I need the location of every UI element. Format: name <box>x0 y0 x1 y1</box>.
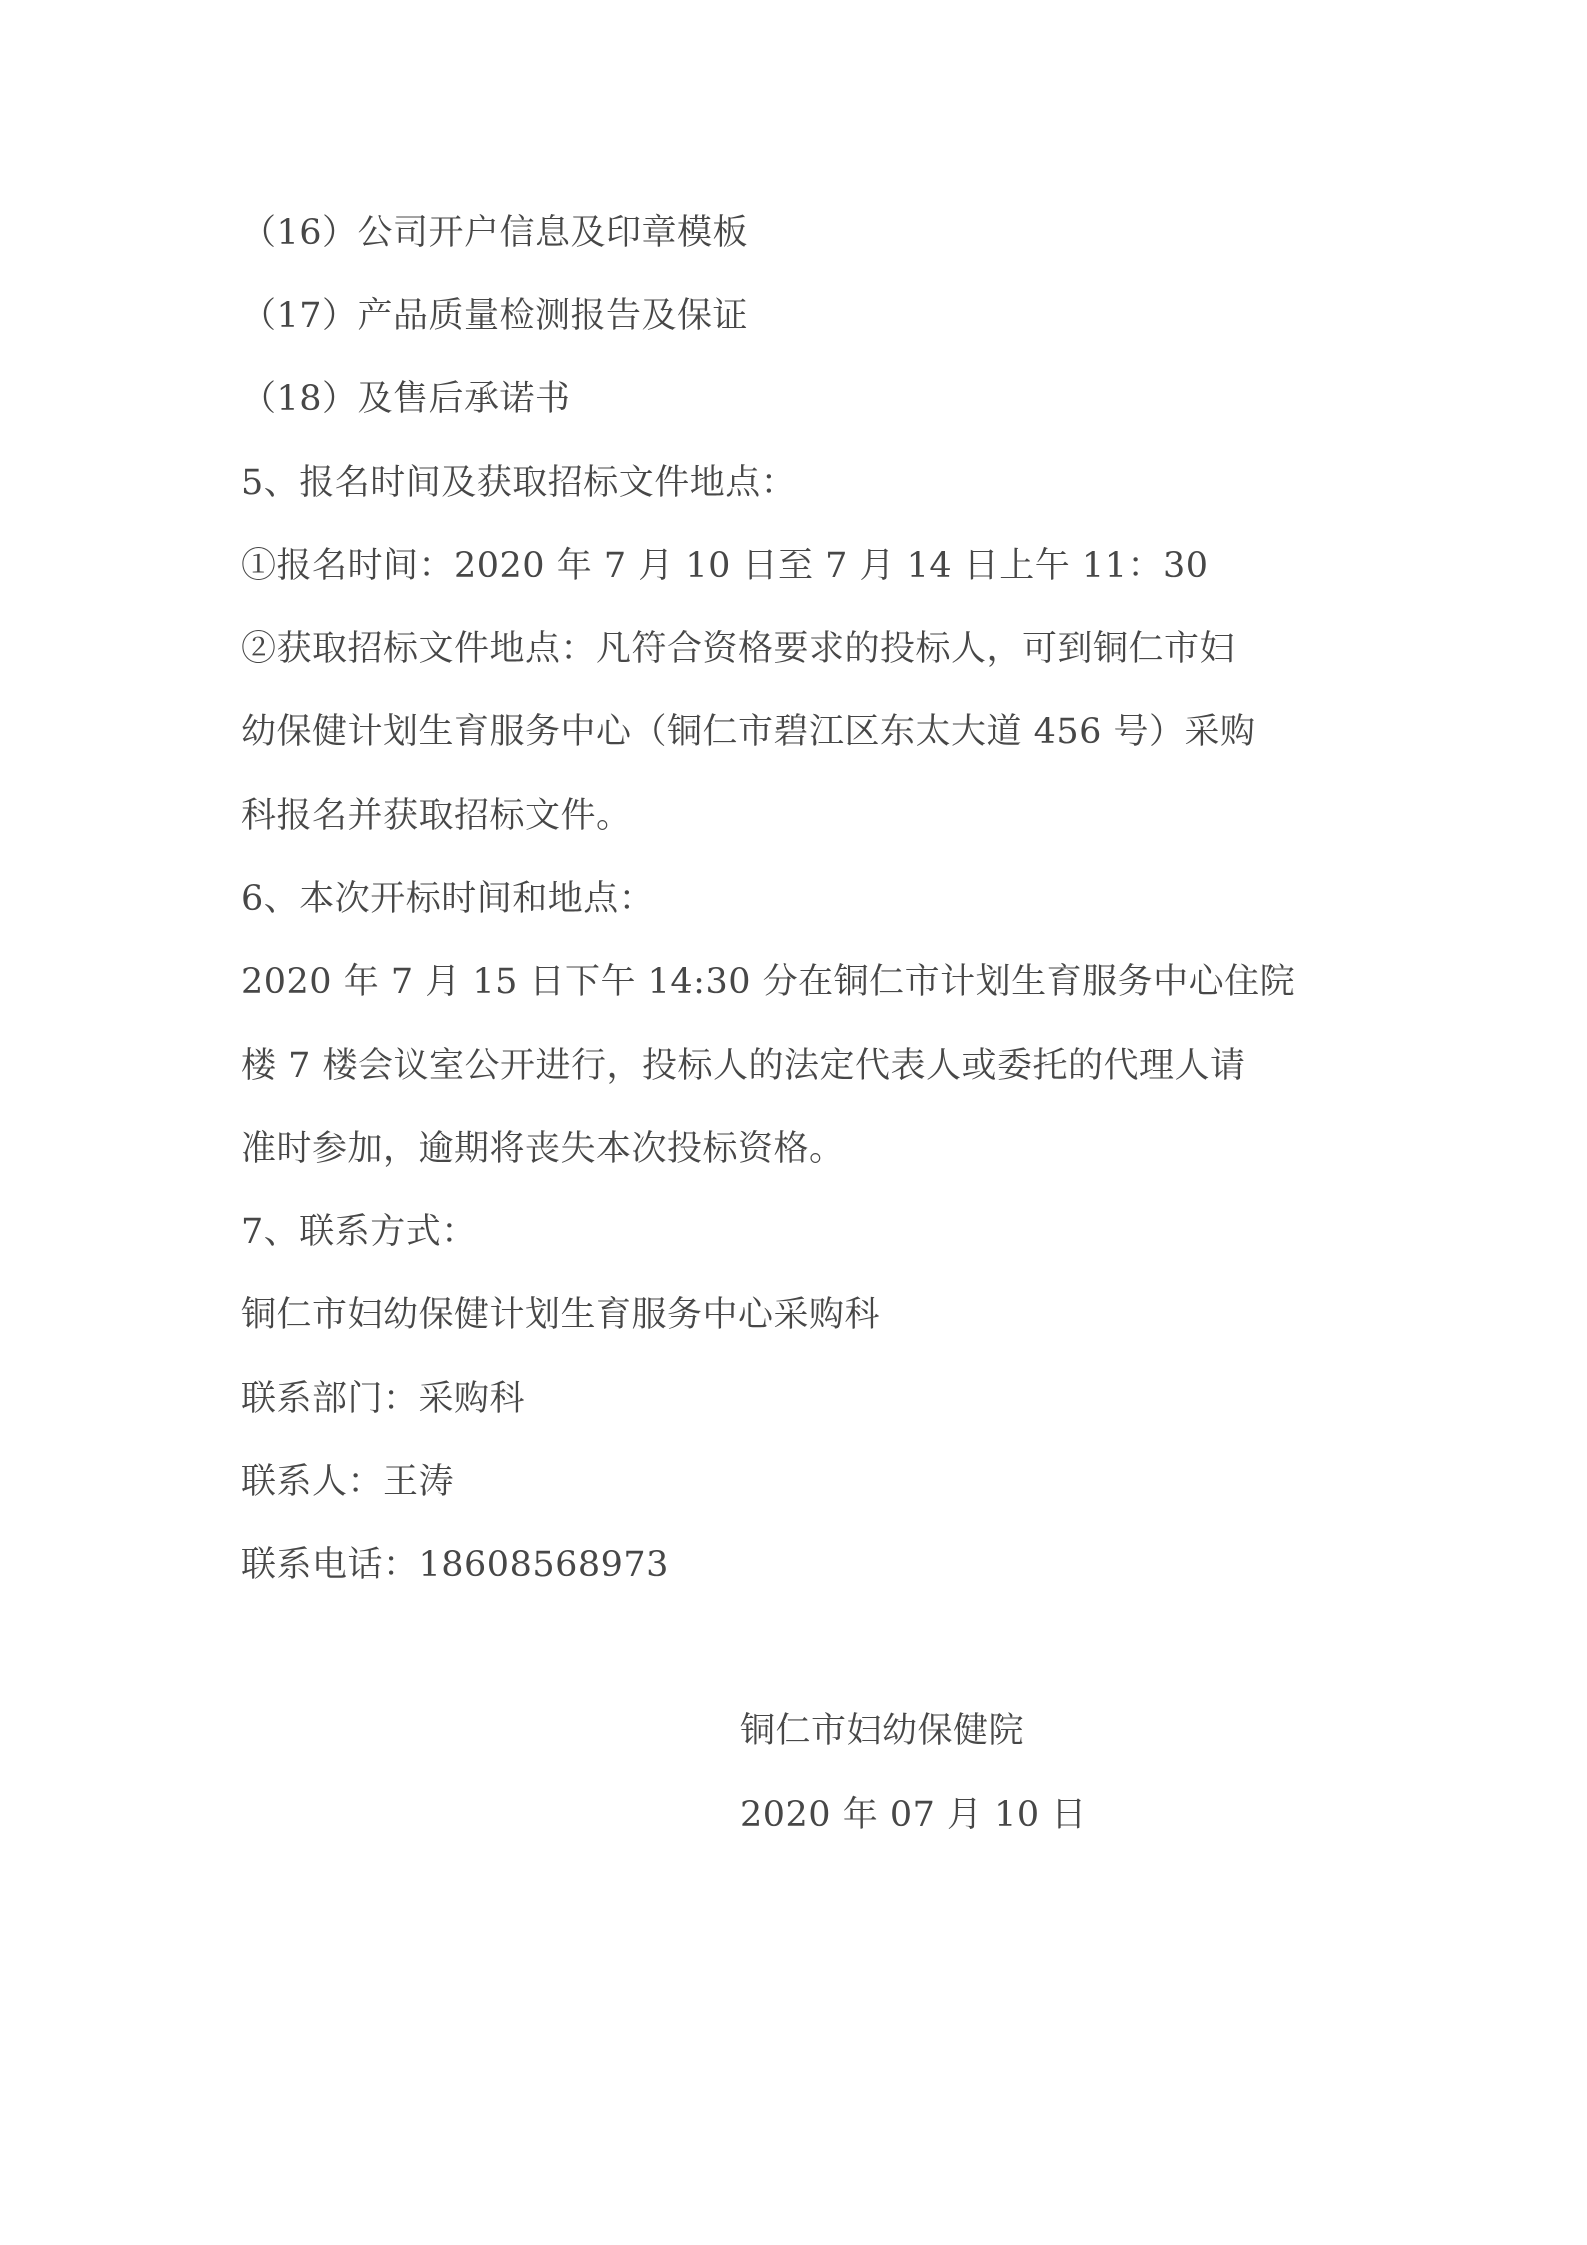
registration-time: ①报名时间：2020 年 7 月 10 日至 7 月 14 日上午 11：30 <box>241 546 1209 586</box>
list-item-16: （16）公司开户信息及印章模板 <box>241 213 748 253</box>
document-pickup-location-line-1: ②获取招标文件地点：凡符合资格要求的投标人，可到铜仁市妇 <box>241 629 1235 669</box>
contact-organization: 铜仁市妇幼保健计划生育服务中心采购科 <box>241 1295 880 1335</box>
contact-phone: 联系电话：18608568973 <box>241 1545 669 1585</box>
list-item-17: （17）产品质量检测报告及保证 <box>241 296 748 336</box>
contact-department: 联系部门：采购科 <box>241 1379 525 1419</box>
section7-heading: 7、联系方式： <box>241 1212 477 1252</box>
document-page: （16）公司开户信息及印章模板 （17）产品质量检测报告及保证 （18）及售后承… <box>0 0 1587 2245</box>
document-pickup-location-line-3: 科报名并获取招标文件。 <box>241 796 632 836</box>
contact-person: 联系人：王涛 <box>241 1462 454 1502</box>
section6-heading: 6、本次开标时间和地点： <box>241 879 654 919</box>
bid-opening-line-1: 2020 年 7 月 15 日下午 14:30 分在铜仁市计划生育服务中心住院 <box>241 962 1295 1002</box>
section5-heading: 5、报名时间及获取招标文件地点： <box>241 463 796 503</box>
signature-date: 2020 年 07 月 10 日 <box>740 1795 1087 1835</box>
list-item-18: （18）及售后承诺书 <box>241 379 571 419</box>
signature-issuer: 铜仁市妇幼保健院 <box>740 1711 1024 1751</box>
bid-opening-line-2: 楼 7 楼会议室公开进行，投标人的法定代表人或委托的代理人请 <box>241 1046 1246 1086</box>
bid-opening-line-3: 准时参加，逾期将丧失本次投标资格。 <box>241 1129 845 1169</box>
document-pickup-location-line-2: 幼保健计划生育服务中心（铜仁市碧江区东太大道 456 号）采购 <box>241 712 1256 752</box>
